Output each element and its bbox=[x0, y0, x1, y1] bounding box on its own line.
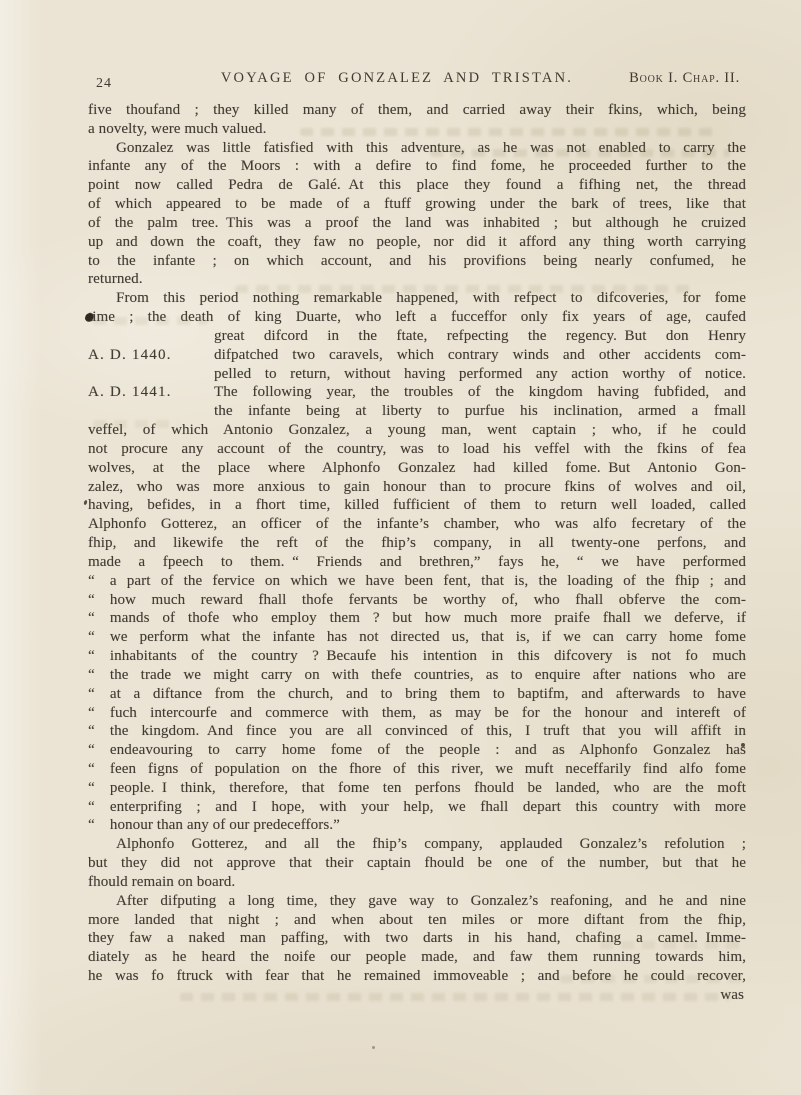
book-page: 24 VOYAGE OF GONZALEZ AND TRISTAN. Book … bbox=[0, 0, 801, 1095]
text-line: “ endeavouring to carry home fome of the… bbox=[88, 741, 746, 760]
text-line: “ mands of thofe who employ them ? but h… bbox=[88, 609, 746, 628]
text-line: A. D. 1440. difpatched two caravels, whi… bbox=[88, 346, 746, 365]
text-line: but they did not approve that their capt… bbox=[88, 854, 746, 873]
show-through-artifact bbox=[300, 128, 720, 136]
year-sidenote: A. D. 1441. bbox=[88, 383, 172, 402]
show-through-artifact bbox=[600, 941, 740, 949]
text-line: “ feen figns of population on the fhore … bbox=[88, 760, 746, 779]
text-line: “ enterprifing ; and I hope, with your h… bbox=[88, 798, 746, 817]
text-line: “ the kingdom. And fince you are all con… bbox=[88, 722, 746, 741]
year-sidenote: A. D. 1440. bbox=[88, 346, 172, 365]
show-through-artifact bbox=[93, 420, 178, 428]
text-line: “ people. I think, therefore, that fome … bbox=[88, 779, 746, 798]
text-line: made a fpeech to them. “ Friends and bre… bbox=[88, 553, 746, 572]
text-line: “ at a diftance from the church, and to … bbox=[88, 685, 746, 704]
ink-speck-artifact bbox=[372, 1046, 375, 1049]
text-line: “ how much reward fhall thofe fervants b… bbox=[88, 591, 746, 610]
show-through-artifact bbox=[430, 149, 730, 157]
text-line: of which appeared to be made of a ftuff … bbox=[88, 195, 746, 214]
show-through-artifact bbox=[180, 993, 730, 1001]
text-line: pelled to return, without having perform… bbox=[88, 365, 746, 384]
body-text: five thoufand ; they killed many of them… bbox=[88, 101, 746, 1005]
show-through-artifact bbox=[235, 285, 695, 293]
text-line-content: difpatched two caravels, which contrary … bbox=[214, 347, 746, 363]
text-line: “ inhabitants of the country ? Becaufe h… bbox=[88, 647, 746, 666]
text-line: fhould remain on board. bbox=[88, 873, 746, 892]
text-line: “ honour than any of our predeceffors.” bbox=[88, 816, 746, 835]
text-line: Alphonfo Gotterez, and all the fhip’s co… bbox=[88, 835, 746, 854]
book-chapter-label: Book I. Chap. II. bbox=[629, 70, 740, 87]
running-title: VOYAGE OF GONZALEZ AND TRISTAN. bbox=[88, 70, 706, 87]
text-line: the infante being at liberty to purfue h… bbox=[88, 402, 746, 421]
text-line: diately as he heard the noife our people… bbox=[88, 948, 746, 967]
text-line: A. D. 1441. The following year, the trou… bbox=[88, 383, 746, 402]
show-through-artifact bbox=[93, 317, 208, 325]
text-line: “ a part of the fervice on which we have… bbox=[88, 572, 746, 591]
text-line: up and down the coaft, they faw no peopl… bbox=[88, 233, 746, 252]
text-line: not procure any account of the country, … bbox=[88, 440, 746, 459]
text-line: five thoufand ; they killed many of them… bbox=[88, 101, 746, 120]
text-line: having, befides, in a fhort time, killed… bbox=[88, 496, 746, 515]
text-line: of the palm tree. This was a proof the l… bbox=[88, 214, 746, 233]
text-line: more landed that night ; and when about … bbox=[88, 911, 746, 930]
text-line: After difputing a long time, they gave w… bbox=[88, 892, 746, 911]
show-through-artifact bbox=[560, 975, 750, 983]
text-line: zalez, who was more anxious to gain hono… bbox=[88, 478, 746, 497]
text-line: to the infante ; on which account, and h… bbox=[88, 252, 746, 271]
text-line: “ fuch intercourfe and commerce with the… bbox=[88, 704, 746, 723]
text-line: “ the trade we might carry on with thefe… bbox=[88, 666, 746, 685]
text-line: great difcord in the ftate, refpecting t… bbox=[88, 327, 746, 346]
text-line: wolves, at the place where Alphonfo Gonz… bbox=[88, 459, 746, 478]
page-header: 24 VOYAGE OF GONZALEZ AND TRISTAN. Book … bbox=[88, 70, 746, 94]
text-line: Alphonfo Gotterez, an officer of the inf… bbox=[88, 515, 746, 534]
text-line: infante any of the Moors : with a defire… bbox=[88, 157, 746, 176]
ink-speck-artifact bbox=[741, 743, 745, 747]
text-line: fhip, and likewife the reft of the fhip’… bbox=[88, 534, 746, 553]
text-line-content: The following year, the troubles of the … bbox=[214, 384, 746, 400]
text-line: point now called Pedra de Galé. At this … bbox=[88, 176, 746, 195]
text-line: veffel, of which Antonio Gonzalez, a you… bbox=[88, 421, 746, 440]
text-line: “ we perform what the infante has not di… bbox=[88, 628, 746, 647]
